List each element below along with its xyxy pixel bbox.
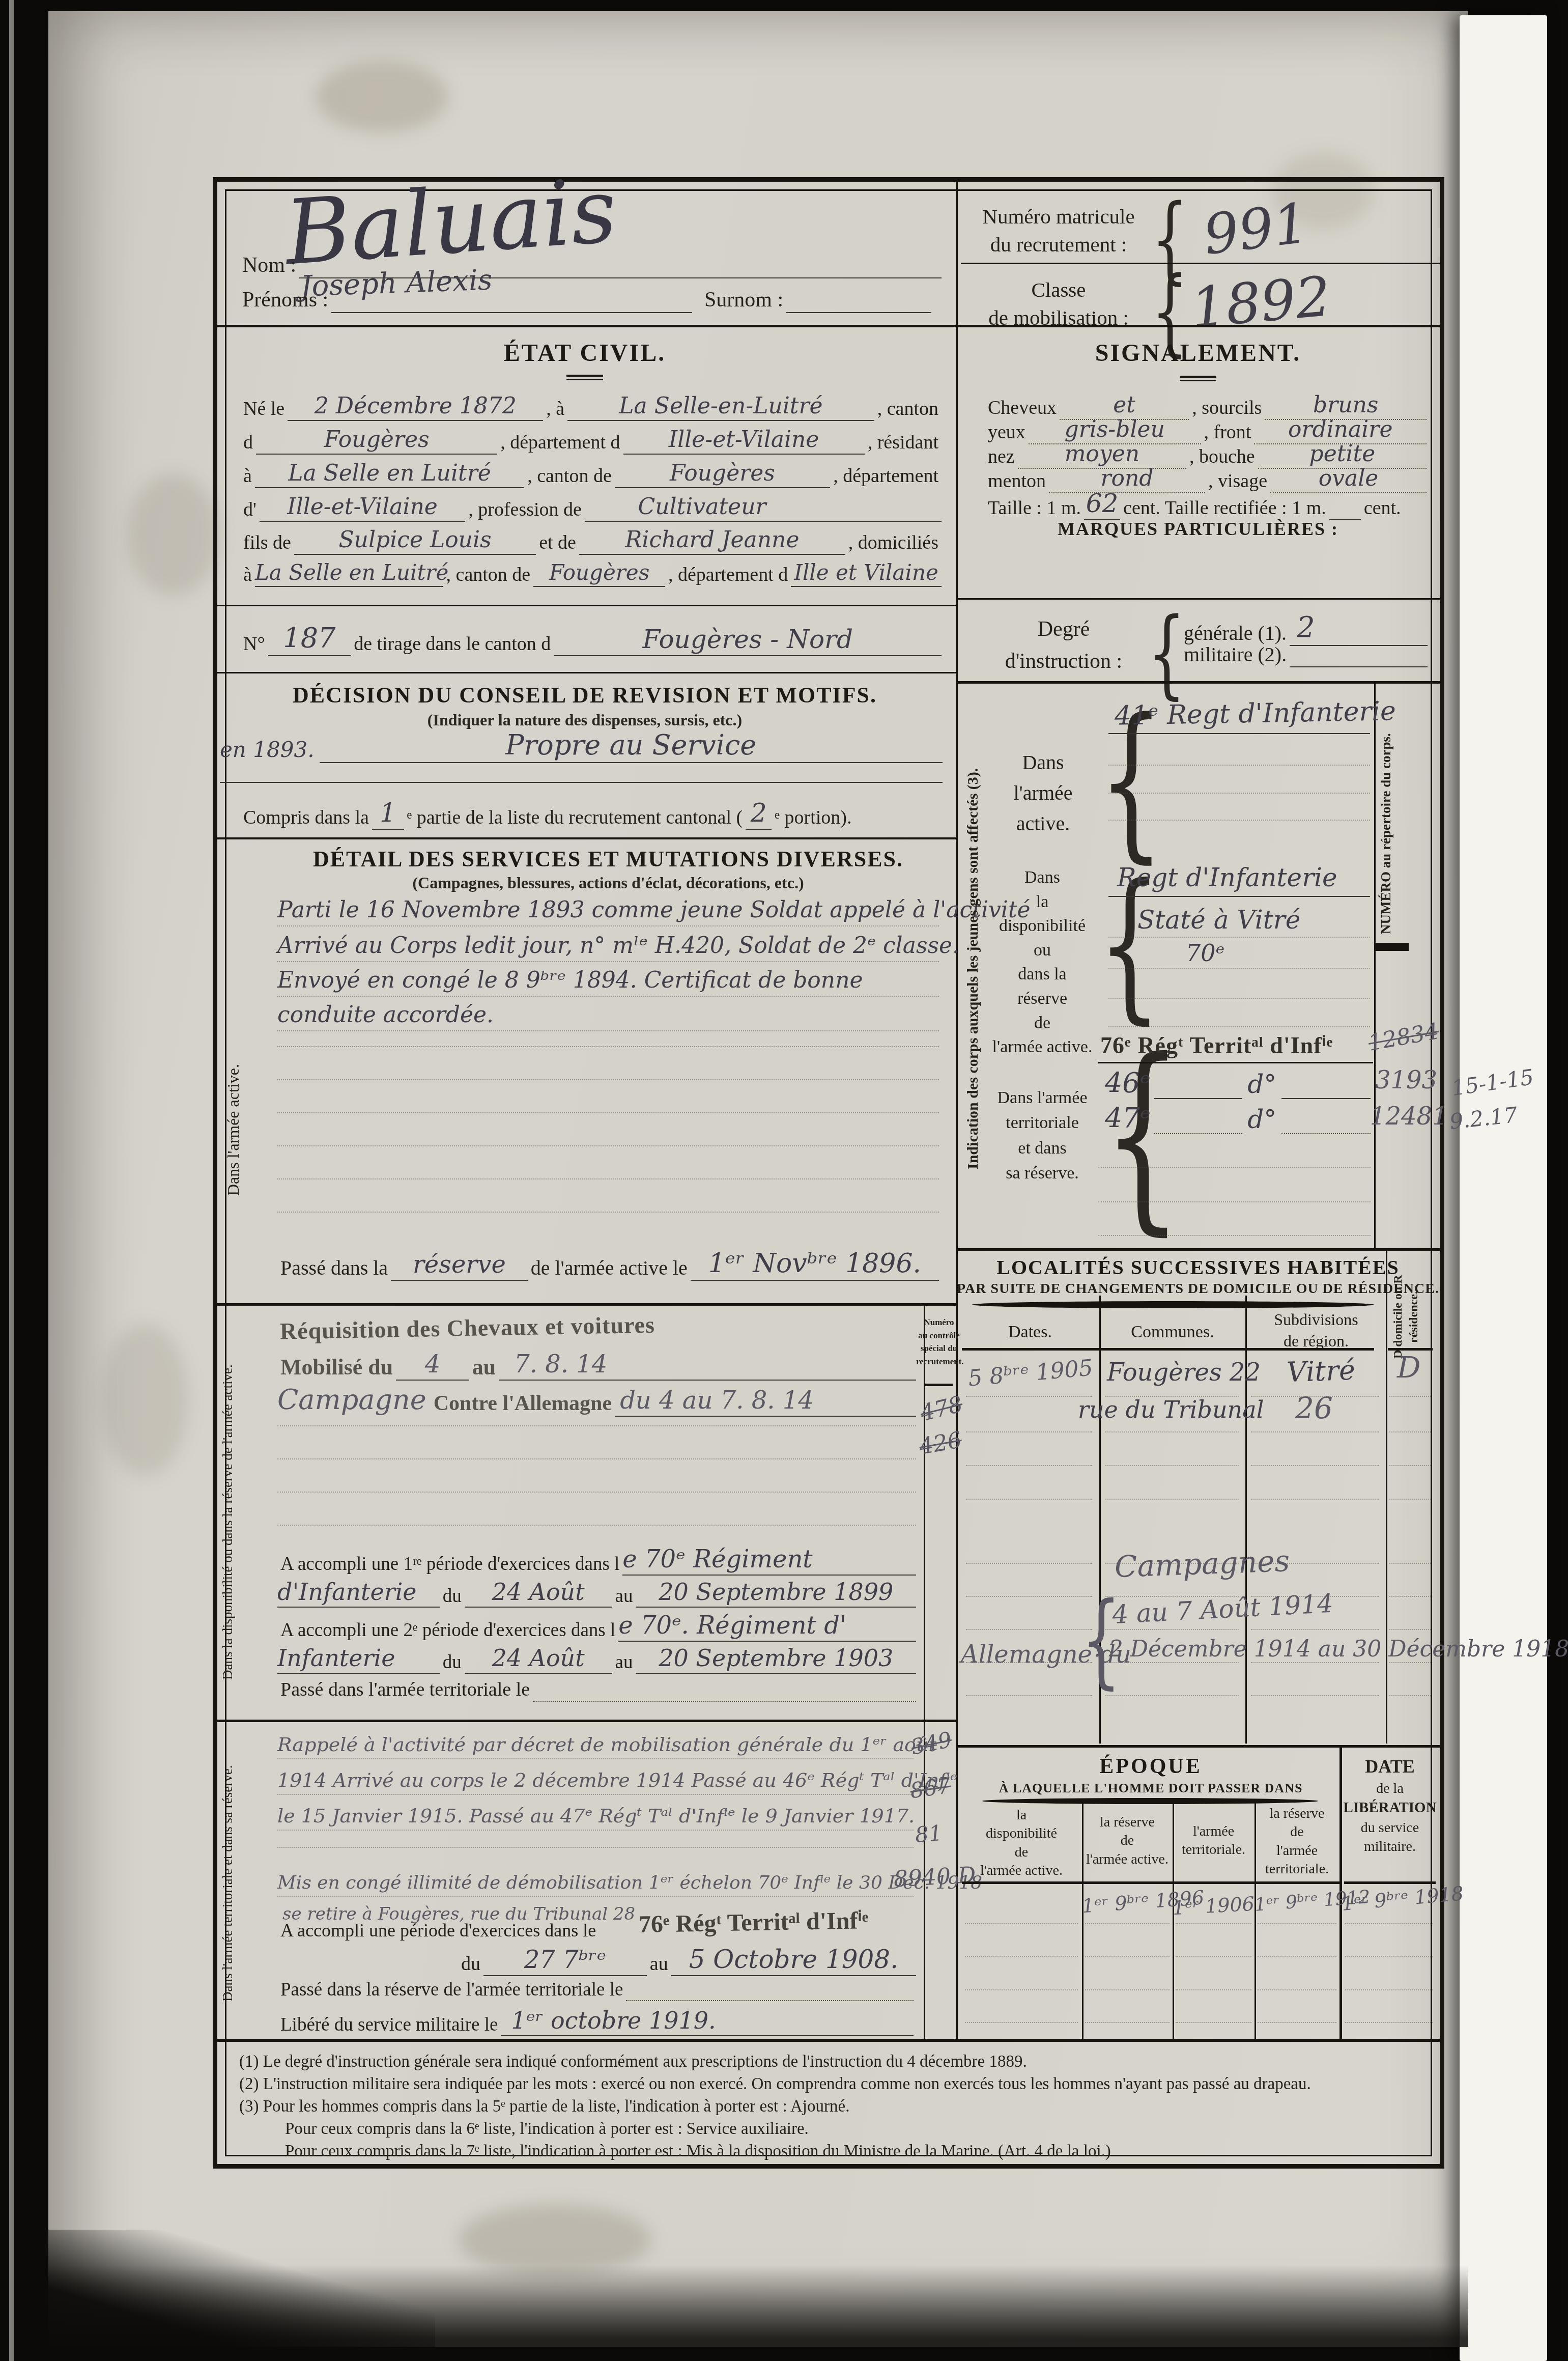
au-stamp: au bbox=[469, 1355, 499, 1381]
marge-number: 81 bbox=[914, 1820, 944, 1847]
taille-row: Taille : 1 m. 62 cent. Taille rectifiée … bbox=[985, 489, 1427, 520]
service-line: conduite accordée. bbox=[277, 1002, 939, 1031]
taille-line: 62 bbox=[1084, 489, 1120, 520]
compris-row: Compris dans la 1 ᵉ partie de la liste d… bbox=[240, 798, 942, 830]
ruled-line bbox=[1251, 1465, 1379, 1466]
ruled-line bbox=[966, 1695, 1092, 1696]
domicile-value: La Selle en Luitré bbox=[255, 560, 448, 585]
dash-line bbox=[1281, 1132, 1371, 1134]
ruled-line bbox=[1389, 1596, 1431, 1597]
du-label: du bbox=[440, 1586, 465, 1608]
brace-ornament-horizontal bbox=[982, 1798, 1318, 1804]
compris-label-2: ᵉ partie de la liste du recrutement cant… bbox=[404, 807, 746, 830]
dispo-value-3: 70ᵉ bbox=[1186, 939, 1224, 967]
dispo-value-2: Staté à Vitré bbox=[1137, 905, 1300, 935]
periode2-line: e 70ᵉ. Régiment d' bbox=[618, 1611, 916, 1642]
footnote-2: (2) L'instruction militaire sera indiqué… bbox=[239, 2075, 1425, 2094]
ruled-line bbox=[277, 1492, 916, 1493]
periode-terr-debut-line: 27 7ᵇʳᵉ bbox=[483, 1946, 647, 1976]
table-column-divider bbox=[1255, 1802, 1256, 2039]
canton-naissance-value: Fougères bbox=[324, 427, 430, 453]
periode1-row-a: A accompli une 1ʳᵉ période d'exercices d… bbox=[277, 1545, 916, 1576]
ruled-line bbox=[1105, 1695, 1239, 1696]
ruled-line bbox=[1108, 820, 1370, 821]
nez-line: moyen bbox=[1018, 441, 1186, 469]
rappel-line: 1914 Arrivé au corps le 2 décembre 1914 … bbox=[277, 1769, 914, 1795]
generale-line: 2 bbox=[1290, 611, 1428, 646]
localite-row2-commune: rue du Tribunal bbox=[1078, 1396, 1264, 1423]
dept-naissance-line: Ille-et-Vilaine bbox=[623, 427, 865, 455]
dash-line bbox=[1154, 1097, 1243, 1099]
localite-row2-subdivision: 26 bbox=[1295, 1391, 1333, 1425]
portion-line: 2 bbox=[746, 798, 772, 830]
date-naissance-value: 2 Décembre 1872 bbox=[315, 393, 517, 419]
title-ornament bbox=[566, 375, 603, 380]
verdict-annee: en 1893. bbox=[220, 737, 320, 763]
dash-line bbox=[1154, 1132, 1243, 1134]
sourcils-value: bruns bbox=[1313, 392, 1378, 418]
repertoire-number: 12481 bbox=[1370, 1102, 1448, 1131]
marques-label: MARQUES PARTICULIÈRES : bbox=[956, 518, 1440, 540]
a-label: , à bbox=[543, 398, 567, 421]
regiment-46-value: 46ᵉ bbox=[1102, 1067, 1154, 1099]
ruled-line bbox=[1345, 1923, 1433, 1924]
epoque-col2-header: la réserve de l'armée active. bbox=[1083, 1813, 1172, 1869]
dept-residence-value: Ille-et-Vilaine bbox=[287, 494, 438, 520]
territoriale-label: Dans l'armée territoriale et dans sa rés… bbox=[991, 1085, 1093, 1186]
profession-label: , profession de bbox=[465, 499, 585, 522]
dept-domicile-line: Ille et Vilaine bbox=[791, 560, 942, 587]
libere-label: Libéré du service militaire le bbox=[277, 2014, 501, 2036]
profession-row: d' Ille-et-Vilaine , profession de Culti… bbox=[240, 494, 942, 522]
numero-repertoire-header: NUMÉRO au répertoire du corps. bbox=[1377, 695, 1416, 972]
passe-value: réserve bbox=[413, 1250, 506, 1279]
table-header-rule bbox=[1344, 1881, 1436, 1884]
dispo-value-1: Regt d'Infanterie bbox=[1117, 863, 1337, 892]
dash-line bbox=[1281, 1097, 1371, 1099]
paper-stain bbox=[127, 473, 219, 596]
passe-territoriale-label: Passé dans l'armée territoriale le bbox=[277, 1679, 533, 1702]
residence-value: La Selle en Luitré bbox=[288, 460, 491, 486]
ruled-line bbox=[1389, 1431, 1431, 1432]
ruled-line bbox=[1085, 1989, 1170, 1990]
au-label: au bbox=[647, 1953, 671, 1976]
mobilise-line-2: 7. 8. 14 bbox=[499, 1350, 916, 1381]
periode-terr-fin-line: 5 Octobre 1908. bbox=[671, 1945, 916, 1976]
table-column-divider bbox=[1173, 1802, 1174, 2039]
ruled-line bbox=[966, 1396, 1092, 1397]
mobilise-value-2: 7. 8. 14 bbox=[499, 1350, 607, 1379]
lieu-naissance-line: La Selle-en-Luitré bbox=[567, 393, 874, 421]
localites-title: LOCALITÉS SUCCESSIVES HABITÉES bbox=[956, 1255, 1440, 1279]
passe-label: Passé dans la bbox=[277, 1257, 391, 1281]
ruled-line bbox=[965, 1923, 1078, 1924]
visage-value: ovale bbox=[1319, 465, 1379, 491]
canton-domicile-line: Fougères bbox=[533, 560, 665, 587]
ruled-line bbox=[1085, 1923, 1170, 1924]
militaire-label: militaire (2). bbox=[1181, 643, 1290, 667]
d-label: d' bbox=[240, 499, 260, 522]
ruled-line bbox=[966, 1629, 1092, 1630]
periode1-label: A accompli une 1ʳᵉ période d'exercices d… bbox=[277, 1554, 622, 1576]
decision-subtitle: (Indiquer la nature des dispenses, sursi… bbox=[214, 711, 956, 729]
surnom-label: Surnom : bbox=[701, 288, 786, 313]
title-ornament bbox=[1180, 376, 1216, 381]
d-label: d bbox=[240, 432, 256, 455]
residence-line: La Selle en Luitré bbox=[255, 460, 524, 488]
mobilise-line: 4 bbox=[396, 1350, 469, 1381]
scanned-military-register-page: { "header": { "nom_label": "Nom :", "nom… bbox=[0, 0, 1568, 2361]
ruled-line bbox=[1389, 1563, 1431, 1564]
epoque-col3-header: l'armée territoriale. bbox=[1174, 1822, 1253, 1860]
localites-subtitle: PAR SUITE DE CHANGEMENTS DE DOMICILE OU … bbox=[956, 1281, 1440, 1297]
compris-label-3: ᵉ portion). bbox=[772, 807, 854, 830]
periode2-regiment: e 70ᵉ. Régiment d' bbox=[618, 1611, 846, 1640]
du-label: du bbox=[458, 1953, 483, 1976]
regiment-47-value: 47ᵉ bbox=[1102, 1102, 1154, 1134]
ruled-line bbox=[965, 1989, 1078, 1990]
au-label: au bbox=[612, 1652, 636, 1674]
section-rule bbox=[217, 837, 956, 839]
residant-label: , résidant bbox=[865, 432, 942, 455]
ruled-line bbox=[1098, 1235, 1371, 1236]
paper-stain bbox=[102, 1324, 188, 1476]
footnote-5: Pour ceux compris dans la 7ᵉ liste, l'in… bbox=[285, 2142, 1425, 2161]
periode1-debut-line: 24 Août bbox=[465, 1578, 612, 1608]
ruled-line bbox=[277, 1847, 914, 1848]
periode1-arme-line: d'Infanterie bbox=[277, 1578, 440, 1608]
partie-value: 1 bbox=[380, 798, 396, 828]
domicilies-label: , domiciliés bbox=[845, 532, 942, 555]
pere-line: Sulpice Louis bbox=[294, 527, 536, 555]
col-communes-header: Communes. bbox=[1101, 1323, 1244, 1342]
ruled-line bbox=[1105, 1629, 1239, 1630]
yeux-value: gris-bleu bbox=[1065, 416, 1165, 442]
date-liberation-header: DATE de la LIBÉRATION du service militai… bbox=[1342, 1754, 1438, 1857]
periode2-fin: 20 Septembre 1903 bbox=[659, 1644, 893, 1672]
passe-date-line: 1ᵉʳ Novᵇʳᵉ 1896. bbox=[691, 1248, 939, 1281]
footnote-1: (1) Le degré d'instruction générale sera… bbox=[239, 2053, 1425, 2071]
periode2-arme-line: Infanterie bbox=[277, 1644, 440, 1674]
et-de-label: et de bbox=[536, 532, 579, 555]
ruled-line bbox=[1258, 1989, 1336, 1990]
tirage-line: 187 bbox=[268, 622, 351, 656]
ruled-line bbox=[1345, 1989, 1433, 1990]
epoque-subtitle: À LAQUELLE L'HOMME DOIT PASSER DANS bbox=[962, 1781, 1339, 1796]
classe-value-handwriting: 1892 bbox=[1188, 265, 1333, 340]
instruction-militaire-row: militaire (2). bbox=[1181, 643, 1428, 667]
domicile-row: à La Selle en Luitré , canton de Fougère… bbox=[240, 560, 942, 587]
numero-label: N° bbox=[240, 633, 268, 656]
tirage-texte: de tirage dans le canton d bbox=[351, 633, 554, 656]
date-naissance-line: 2 Décembre 1872 bbox=[288, 393, 543, 421]
ruled-line bbox=[1105, 1431, 1239, 1432]
passe-date-value: 1ᵉʳ Novᵇʳᵉ 1896. bbox=[708, 1248, 921, 1279]
epoque-col4-header: la réserve de l'armée territoriale. bbox=[1256, 1805, 1338, 1879]
generale-label: générale (1). bbox=[1181, 622, 1290, 646]
tirage-row: N° 187 de tirage dans le canton d Fougèr… bbox=[240, 622, 942, 656]
ruled-line bbox=[1389, 1695, 1431, 1696]
mere-line: Richard Jeanne bbox=[579, 527, 845, 555]
dept-residence-line: Ille-et-Vilaine bbox=[260, 494, 465, 522]
ruled-line bbox=[965, 2022, 1078, 2023]
generale-value: 2 bbox=[1290, 611, 1315, 644]
ruled-line bbox=[1085, 2022, 1170, 2023]
campagne-line: du 4 au 7. 8. 14 bbox=[615, 1386, 916, 1417]
paper-stain bbox=[316, 61, 448, 132]
localite-row1-subdivision: Vitré bbox=[1286, 1354, 1356, 1389]
ruled-line bbox=[1251, 1431, 1379, 1432]
matricule-value-handwriting: 991 bbox=[1200, 191, 1312, 267]
periode1-debut: 24 Août bbox=[492, 1578, 585, 1606]
portion-value: 2 bbox=[751, 798, 767, 828]
prenoms-row: Prénoms : bbox=[239, 288, 692, 313]
section-rule bbox=[217, 605, 956, 606]
ruled-line bbox=[277, 1178, 939, 1179]
passe-reserve-row: Passé dans la réserve de l'armée active … bbox=[277, 1248, 939, 1281]
periode2-debut-line: 24 Août bbox=[465, 1644, 612, 1674]
cheveux-line: et bbox=[1060, 392, 1189, 420]
periode-terr-fin: 5 Octobre 1908. bbox=[689, 1945, 898, 1974]
departement-label: , département bbox=[830, 465, 942, 488]
canton-de-label: , canton de bbox=[443, 564, 534, 587]
ruled-line bbox=[1251, 1629, 1379, 1630]
ruled-line bbox=[1108, 733, 1370, 734]
campagne-dates: du 4 au 7. 8. 14 bbox=[615, 1386, 814, 1415]
ruled-line bbox=[1098, 1167, 1371, 1168]
ruled-line bbox=[1105, 1465, 1239, 1466]
sidebar-disponibilite: Dans la disponibilité ou dans la réserve… bbox=[219, 1324, 272, 1721]
ruled-line bbox=[1108, 765, 1370, 766]
ruled-line bbox=[1389, 1662, 1431, 1663]
page-bottom-shadow bbox=[48, 2265, 1468, 2347]
bouche-value: petite bbox=[1309, 441, 1376, 467]
taille-rectifiee-label: cent. Taille rectifiée : 1 m. bbox=[1120, 497, 1329, 520]
residence-row: à La Selle en Luitré , canton de Fougère… bbox=[240, 460, 942, 488]
regiment-territorial-stamp: 76ᵉ Régᵗ Territᵃˡ d'Infⁱᵉ bbox=[639, 1906, 869, 1938]
ruled-line bbox=[1258, 1956, 1336, 1957]
verdict-value: Propre au Service bbox=[505, 729, 756, 761]
passe-reserve-territoriale-row: Passé dans la réserve de l'armée territo… bbox=[277, 1979, 914, 2001]
ruled-line bbox=[1258, 1923, 1336, 1924]
rappel-line: le 15 Janvier 1915. Passé au 47ᵉ Régᵗ Tᵃ… bbox=[277, 1805, 914, 1831]
campagne-row: Campagne Contre l'Allemagne du 4 au 7. 8… bbox=[277, 1384, 916, 1417]
front-line: ordinaire bbox=[1254, 416, 1427, 444]
naissance-row: Né le 2 Décembre 1872 , à La Selle-en-Lu… bbox=[240, 393, 942, 421]
libere-value: 1ᵉʳ octobre 1919. bbox=[501, 2007, 716, 2034]
ruled-line bbox=[220, 782, 943, 783]
localite-row1-dr: D bbox=[1397, 1350, 1421, 1385]
controle-rule bbox=[925, 1384, 953, 1386]
ruled-line bbox=[277, 1112, 939, 1113]
controle-header: Numéro au contrôle spécial du recrutemen… bbox=[916, 1316, 962, 1368]
paper-stain bbox=[458, 2204, 651, 2275]
repertoire-number: 3193 bbox=[1375, 1066, 1437, 1094]
canton-naissance-row: d Fougères , département d Ille-et-Vilai… bbox=[240, 427, 942, 455]
section-rule bbox=[958, 598, 1440, 600]
periode1-fin: 20 Septembre 1899 bbox=[659, 1578, 893, 1606]
canton-residence-line: Fougères bbox=[615, 460, 830, 488]
tirage-canton-line: Fougères - Nord bbox=[554, 625, 942, 656]
numero-repertoire-divider bbox=[1374, 684, 1376, 1249]
periode2-label: A accompli une 2ᵉ période d'exercices da… bbox=[277, 1620, 618, 1642]
ruled-line bbox=[1176, 2022, 1251, 2023]
territorial-regiment-stamp: 76ᵉ Régᵗ Territᵃˡ d'Infⁱᵉ bbox=[1100, 1031, 1333, 1059]
canton-naissance-line: Fougères bbox=[256, 427, 497, 455]
book-spine-line bbox=[9, 0, 14, 2361]
footnote-4: Pour ceux compris dans la 6ᵉ liste, l'in… bbox=[285, 2120, 1425, 2139]
ruled-line bbox=[1345, 1956, 1433, 1957]
periode1-row-b: d'Infanterie du 24 Août au 20 Septembre … bbox=[277, 1578, 916, 1608]
periode1-fin-line: 20 Septembre 1899 bbox=[636, 1578, 916, 1608]
table-column-divider bbox=[1082, 1802, 1084, 2039]
ruled-line bbox=[1098, 1201, 1371, 1202]
ruled-line bbox=[1108, 937, 1370, 938]
nez-row: nez moyen , bouche petite bbox=[985, 441, 1427, 469]
section-rule bbox=[958, 1248, 1440, 1251]
column-end-bar bbox=[1375, 943, 1409, 951]
armee-active-label: Dans l'armée active. bbox=[999, 747, 1088, 839]
ruled-line bbox=[1105, 1499, 1239, 1500]
ruled-line bbox=[1251, 1499, 1379, 1500]
ruled-line bbox=[1108, 998, 1370, 999]
col-dates-header: Dates. bbox=[962, 1323, 1098, 1342]
canton-de-label: , canton de bbox=[524, 465, 615, 488]
passe-territoriale-line bbox=[533, 1700, 916, 1702]
front-value: ordinaire bbox=[1288, 416, 1392, 442]
section-rule bbox=[217, 672, 956, 673]
periode2-row-a: A accompli une 2ᵉ période d'exercices da… bbox=[277, 1611, 916, 1642]
ruled-line bbox=[277, 1145, 939, 1146]
service-line: Parti le 16 Novembre 1893 comme jeune So… bbox=[277, 897, 939, 926]
next-page-edge bbox=[1460, 15, 1547, 2361]
campagnes-heading-handwriting: Campagnes bbox=[1114, 1543, 1290, 1584]
passe-label-2: de l'armée active le bbox=[528, 1257, 691, 1281]
taille-value: 62 bbox=[1086, 489, 1119, 518]
header-cell-divider bbox=[961, 263, 1441, 264]
partie-line: 1 bbox=[372, 798, 404, 830]
dept-domicile-value: Ille et Vilaine bbox=[794, 560, 938, 585]
campagne-periode-2: : 2 Décembre 1914 au 30 Décembre 1918 bbox=[1094, 1636, 1568, 1662]
campagne-stamp: Contre l'Allemagne bbox=[431, 1392, 615, 1417]
fils-de-label: fils de bbox=[240, 532, 294, 555]
ruled-line bbox=[277, 1046, 939, 1047]
ruled-line bbox=[1251, 1695, 1379, 1696]
ruled-line bbox=[1389, 1499, 1431, 1500]
parents-row: fils de Sulpice Louis et de Richard Jean… bbox=[240, 527, 942, 555]
ruled-line bbox=[277, 1425, 916, 1426]
prenoms-label: Prénoms : bbox=[239, 288, 331, 313]
periode2-arme: Infanterie bbox=[277, 1644, 395, 1672]
menton-value: rond bbox=[1100, 465, 1153, 491]
footnotes-rule bbox=[217, 2039, 1440, 2042]
profession-line: Cultivateur bbox=[585, 494, 942, 522]
campagne-handwriting: Campagne bbox=[277, 1384, 431, 1417]
ruled-line bbox=[966, 1563, 1092, 1564]
brace-ornament bbox=[1102, 1033, 1183, 1237]
a-label: à bbox=[240, 465, 255, 488]
ruled-line bbox=[1098, 1062, 1373, 1063]
ruled-line bbox=[966, 1499, 1092, 1500]
passe-territoriale-row: Passé dans l'armée territoriale le bbox=[277, 1679, 916, 1702]
mobilise-stamp: Mobilisé du bbox=[277, 1355, 396, 1381]
epoque-col1-header: la disponibilité de l'armée active. bbox=[962, 1806, 1081, 1880]
a-label: à bbox=[240, 564, 255, 587]
ruled-line bbox=[966, 1465, 1092, 1466]
periode2-debut: 24 Août bbox=[492, 1644, 585, 1672]
au-label: au bbox=[612, 1586, 636, 1608]
verdict-line: Propre au Service bbox=[320, 729, 943, 763]
departement-label: , département d bbox=[665, 564, 791, 587]
periode-exercice-label: A accompli une période d'exercices dans … bbox=[277, 1920, 599, 1942]
ruled-line bbox=[1389, 1465, 1431, 1466]
periode1-line: e 70ᵉ Régiment bbox=[622, 1545, 916, 1576]
section-rule bbox=[217, 1720, 956, 1722]
ruled-line bbox=[1251, 1662, 1379, 1663]
taille-label: Taille : 1 m. bbox=[985, 497, 1084, 520]
verdict-row: en 1893. Propre au Service bbox=[220, 729, 943, 763]
libere-line: 1ᵉʳ octobre 1919. bbox=[501, 2007, 914, 2036]
ruled-line bbox=[1085, 1956, 1170, 1957]
sourcils-line: bruns bbox=[1265, 392, 1427, 420]
degre-label: Degré d'instruction : bbox=[992, 613, 1135, 678]
ruled-line bbox=[1176, 1989, 1251, 1990]
tirage-value: 187 bbox=[283, 622, 335, 654]
ruled-line bbox=[1176, 1923, 1251, 1924]
tirage-canton-value: Fougères - Nord bbox=[642, 625, 852, 654]
passe-res-terr-label: Passé dans la réserve de l'armée territo… bbox=[277, 1979, 626, 2001]
libere-row: Libéré du service militaire le 1ᵉʳ octob… bbox=[277, 2007, 914, 2036]
canton-label: , canton bbox=[874, 398, 942, 421]
mobilise-row: Mobilisé du 4 au 7. 8. 14 bbox=[277, 1350, 916, 1381]
prenoms-line bbox=[331, 311, 692, 313]
pere-value: Sulpice Louis bbox=[338, 527, 491, 553]
ruled-line bbox=[1176, 1956, 1251, 1957]
disponibilite-label: Dans la disponibilité ou dans la réserve… bbox=[991, 865, 1093, 1059]
nom-label: Nom : bbox=[239, 254, 299, 278]
ruled-line bbox=[277, 1212, 939, 1213]
instruction-generale-row: générale (1). 2 bbox=[1181, 611, 1428, 646]
departement-label: , département d bbox=[497, 432, 623, 455]
matricule-label: Numéro matricule du recrutement : bbox=[975, 203, 1143, 259]
mobilise-value-1: 4 bbox=[425, 1350, 441, 1379]
ruled-line bbox=[966, 1596, 1092, 1597]
surnom-row: Surnom : bbox=[701, 288, 931, 313]
table-header-rule bbox=[962, 1881, 1339, 1884]
ruled-line bbox=[1389, 1629, 1431, 1630]
etat-civil-title: ÉTAT CIVIL. bbox=[214, 339, 956, 367]
col-subdivisions-header: Subdivisions de région. bbox=[1247, 1309, 1385, 1352]
dept-naissance-value: Ille-et-Vilaine bbox=[669, 427, 819, 453]
canton-residence-value: Fougères bbox=[670, 460, 775, 486]
epoque-top-rule bbox=[958, 1745, 1440, 1748]
cent-label: cent. bbox=[1361, 497, 1404, 520]
passe-line: réserve bbox=[391, 1250, 528, 1281]
territorial-row-47: 47ᵉ d° bbox=[1102, 1102, 1371, 1134]
ruled-line bbox=[277, 1525, 916, 1526]
service-line: Envoyé en congé le 8 9ᵇʳᵉ 1894. Certific… bbox=[277, 967, 939, 997]
periode1-regiment: e 70ᵉ Régiment bbox=[622, 1545, 812, 1573]
surnom-line bbox=[786, 311, 931, 313]
ruled-line bbox=[966, 1431, 1092, 1432]
du-label: du bbox=[440, 1652, 465, 1674]
brace-ornament-horizontal bbox=[972, 1301, 1374, 1308]
domicile-line: La Selle en Luitré bbox=[255, 560, 443, 587]
services-title: DÉTAIL DES SERVICES ET MUTATIONS DIVERSE… bbox=[275, 846, 942, 872]
ditto-mark: d° bbox=[1242, 1070, 1281, 1099]
profession-value: Cultivateur bbox=[638, 494, 766, 520]
yeux-row: yeux gris-bleu , front ordinaire bbox=[985, 416, 1427, 444]
